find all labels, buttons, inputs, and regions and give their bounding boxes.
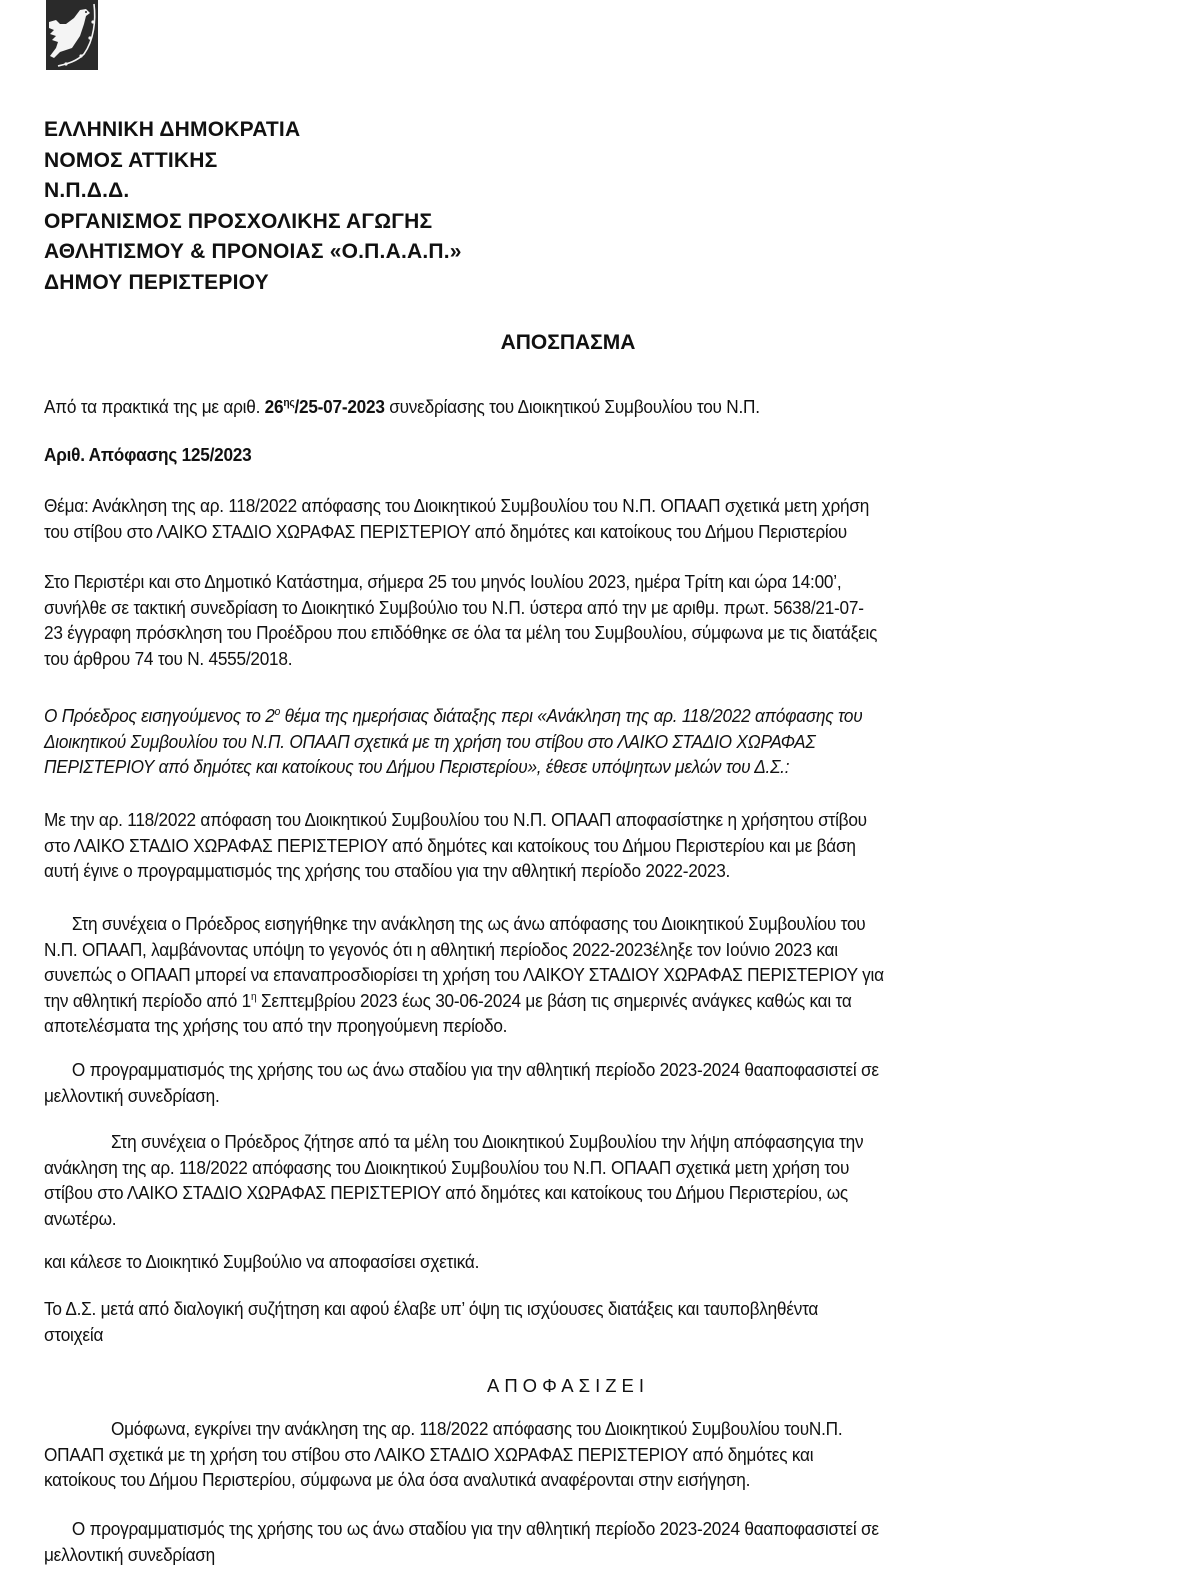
issuer-header: ΕΛΛΗΝΙΚΗ ΔΗΜΟΚΡΑΤΙΑ ΝΟΜΟΣ ΑΤΤΙΚΗΣ Ν.Π.Δ.…	[44, 115, 462, 298]
decides-heading: ΑΠΟΦΑΣΙΖΕΙ	[0, 1375, 1136, 1397]
background-line: αυτή έγινε ο προγραμματισμός της χρήσης …	[44, 858, 1174, 884]
planning-line: Ο προγραμματισμός της χρήσης του ως άνω …	[44, 1057, 1174, 1083]
intro-line: ΠΕΡΙΣΤΕΡΙΟΥ από δημότες και κατοίκους το…	[44, 754, 1174, 780]
planning-note: Ο προγραμματισμός της χρήσης του ως άνω …	[44, 1057, 1174, 1108]
final-line: Ο προγραμματισμός της χρήσης του ως άνω …	[44, 1516, 1174, 1542]
intro-suffix: θέμα της ημερήσιας διάταξης περι «Ανάκλη…	[280, 705, 862, 726]
request-line: ανάκληση της αρ. 118/2022 απόφασης του Δ…	[44, 1155, 1174, 1181]
proposal-line: συνεπώς ο ΟΠΑΑΠ μπορεί να επαναπροσδιορί…	[44, 962, 1174, 988]
intro-line: Ο Πρόεδρος εισηγούμενος το 2ο θέμα της η…	[44, 703, 1174, 729]
resolution-paragraph: Ομόφωνα, εγκρίνει την ανάκληση της αρ. 1…	[44, 1416, 1174, 1493]
resolution-line: κατοίκους του Δήμου Περιστερίου, σύμφωνα…	[44, 1467, 1174, 1493]
resolution-line: Ομόφωνα, εγκρίνει την ανάκληση της αρ. 1…	[44, 1416, 1174, 1442]
header-line: ΔΗΜΟΥ ΠΕΡΙΣΤΕΡΙΟΥ	[44, 268, 462, 299]
header-line: ΟΡΓΑΝΙΣΜΟΣ ΠΡΟΣΧΟΛΙΚΗΣ ΑΓΩΓΗΣ	[44, 207, 462, 238]
proposal-line: Ν.Π. ΟΠΑΑΠ, λαμβάνοντας υπόψη το γεγονός…	[44, 937, 1174, 963]
meeting-line: συνήλθε σε τακτική συνεδρίαση το Διοικητ…	[44, 595, 1174, 621]
proposal-prefix: την αθλητική περίοδο από 1	[44, 990, 251, 1011]
meeting-line: του άρθρου 74 του Ν. 4555/2018.	[44, 646, 1174, 672]
request-line: Στη συνέχεια ο Πρόεδρος ζήτησε από τα μέ…	[44, 1129, 1174, 1155]
proposal-paragraph: Στη συνέχεια ο Πρόεδρος εισηγήθηκε την α…	[44, 911, 1174, 1039]
session-ordinal: ης	[283, 397, 294, 409]
minutes-suffix: συνεδρίασης του Διοικητικού Συμβουλίου τ…	[385, 396, 760, 417]
planning-line: μελλοντική συνεδρίαση.	[44, 1083, 1174, 1109]
minutes-prefix: Από τα πρακτικά της με αριθ.	[44, 396, 265, 417]
meeting-line: 23 έγγραφη πρόσκληση του Προέδρου που επ…	[44, 620, 1174, 646]
background-line: Με την αρ. 118/2022 απόφαση του Διοικητι…	[44, 807, 1174, 833]
proposal-suffix: Σεπτεμβρίου 2023 έως 30-06-2024 με βάση …	[256, 990, 851, 1011]
proposal-line: Στη συνέχεια ο Πρόεδρος εισηγήθηκε την α…	[44, 911, 1174, 937]
session-number: 26	[265, 396, 284, 417]
resolution-line: ΟΠΑΑΠ σχετικά με τη χρήση του στίβου στο…	[44, 1442, 1174, 1468]
intro-line: Διοικητικού Συμβουλίου του Ν.Π. ΟΠΑΑΠ σχ…	[44, 729, 1174, 755]
president-intro: Ο Πρόεδρος εισηγούμενος το 2ο θέμα της η…	[44, 703, 1174, 780]
background-line: στο ΛΑΙΚΟ ΣΤΑΔΙΟ ΧΩΡΑΦΑΣ ΠΕΡΙΣΤΕΡΙΟΥ από…	[44, 833, 1174, 859]
background-paragraph: Με την αρ. 118/2022 απόφαση του Διοικητι…	[44, 807, 1174, 884]
meeting-paragraph: Στο Περιστέρι και στο Δημοτικό Κατάστημα…	[44, 569, 1174, 671]
dove-icon	[46, 0, 98, 70]
document-title: ΑΠΟΣΠΑΣΜΑ	[0, 331, 1136, 355]
dove-logo	[46, 0, 98, 70]
meeting-line: Στο Περιστέρι και στο Δημοτικό Κατάστημα…	[44, 569, 1174, 595]
subject: Θέμα: Ανάκληση της αρ. 118/2022 απόφασης…	[44, 493, 1174, 544]
header-line: ΑΘΛΗΤΙΣΜΟΥ & ΠΡΟΝΟΙΑΣ «Ο.Π.Α.Α.Π.»	[44, 237, 462, 268]
proposal-line: την αθλητική περίοδο από 1η Σεπτεμβρίου …	[44, 988, 1174, 1014]
minutes-reference: Από τα πρακτικά της με αριθ. 26ης/25-07-…	[44, 394, 1174, 420]
board-line: στοιχεία	[44, 1322, 1174, 1348]
request-paragraph: Στη συνέχεια ο Πρόεδρος ζήτησε από τα μέ…	[44, 1129, 1174, 1231]
subject-line: Θέμα: Ανάκληση της αρ. 118/2022 απόφασης…	[44, 493, 1174, 519]
board-line: Το Δ.Σ. μετά από διαλογική συζήτηση και …	[44, 1296, 1174, 1322]
session-date: /25-07-2023	[294, 396, 384, 417]
final-note: Ο προγραμματισμός της χρήσης του ως άνω …	[44, 1516, 1174, 1567]
proposal-line: αποτελέσματα της χρήσης του από την προη…	[44, 1013, 1174, 1039]
header-line: ΝΟΜΟΣ ΑΤΤΙΚΗΣ	[44, 146, 462, 177]
header-line: Ν.Π.Δ.Δ.	[44, 176, 462, 207]
subject-line: του στίβου στο ΛΑΙΚΟ ΣΤΑΔΙΟ ΧΩΡΑΦΑΣ ΠΕΡΙ…	[44, 519, 1174, 545]
request-line: στίβου στο ΛΑΙΚΟ ΣΤΑΔΙΟ ΧΩΡΑΦΑΣ ΠΕΡΙΣΤΕΡ…	[44, 1180, 1174, 1206]
board-deliberation: Το Δ.Σ. μετά από διαλογική συζήτηση και …	[44, 1296, 1174, 1347]
decision-number: Αριθ. Απόφασης 125/2023	[44, 442, 1095, 468]
final-line: μελλοντική συνεδρίαση	[44, 1542, 1174, 1568]
intro-prefix: Ο Πρόεδρος εισηγούμενος το 2	[44, 705, 275, 726]
request-line: ανωτέρω.	[44, 1206, 1174, 1232]
header-line: ΕΛΛΗΝΙΚΗ ΔΗΜΟΚΡΑΤΙΑ	[44, 115, 462, 146]
call-to-decide: και κάλεσε το Διοικητικό Συμβούλιο να απ…	[44, 1249, 1174, 1275]
